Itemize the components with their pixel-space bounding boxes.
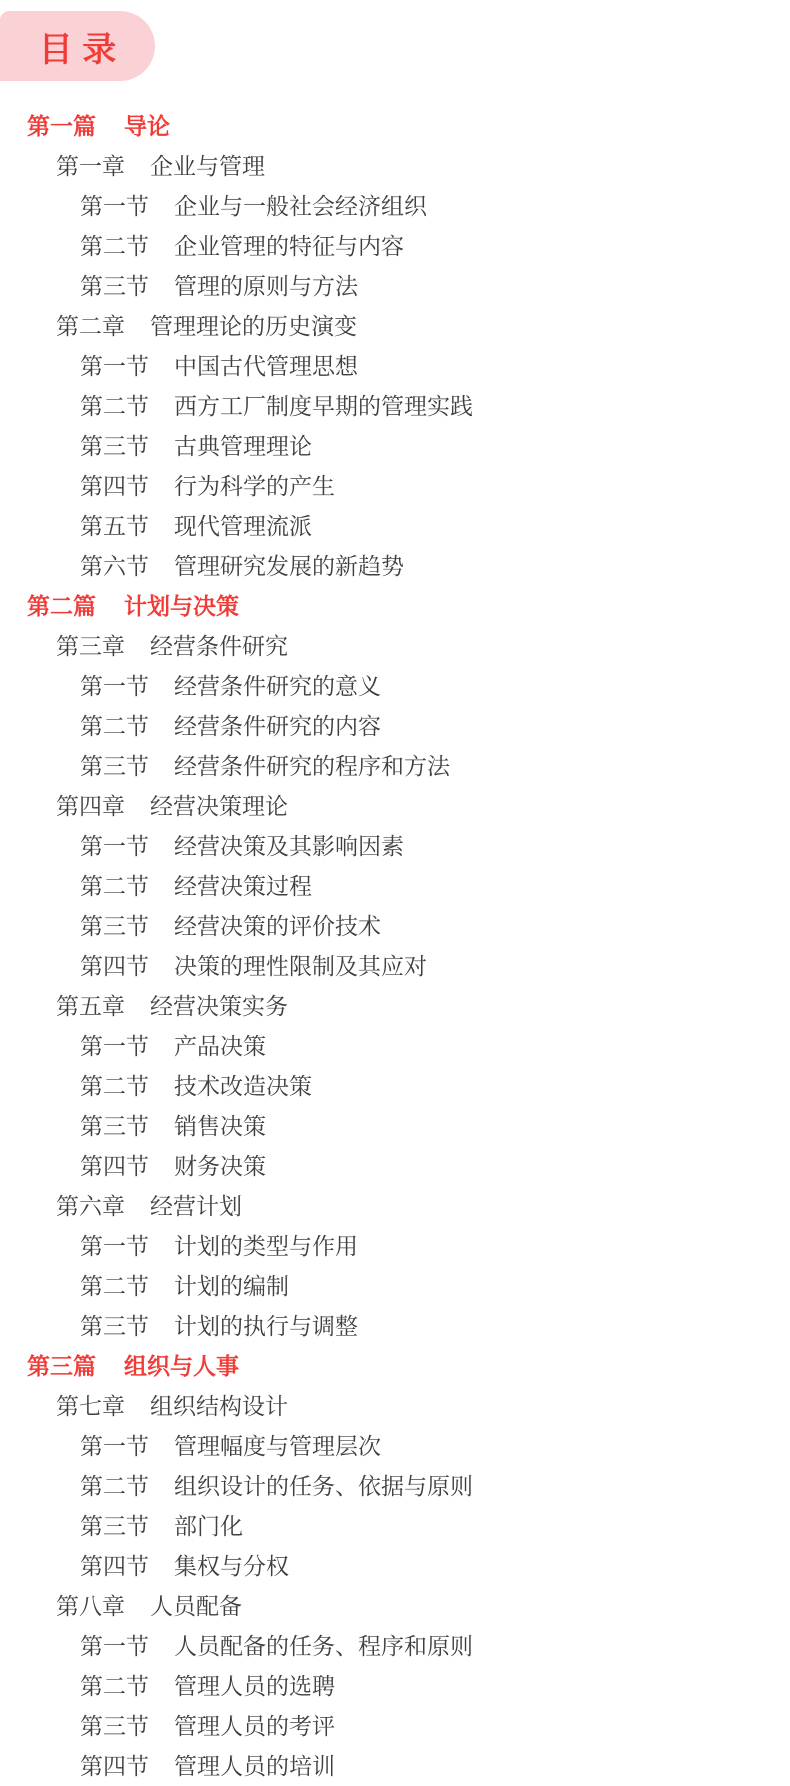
toc-row-section[interactable]: 第三节经营条件研究的程序和方法 [0,746,790,786]
toc-entry-label: 第二节 [80,1066,149,1106]
toc-entry-label: 第二节 [80,1466,149,1506]
toc-entry-title: 管理的原则与方法 [174,266,358,306]
toc-row-section[interactable]: 第一节人员配备的任务、程序和原则 [0,1626,790,1666]
toc-entry-label: 第八章 [56,1586,125,1626]
toc-entry-title: 管理理论的历史演变 [150,306,357,346]
toc-row-chapter[interactable]: 第二章管理理论的历史演变 [0,306,790,346]
toc-entry-title: 人员配备 [150,1586,242,1626]
toc-entry-title: 经营决策及其影响因素 [174,826,404,866]
toc-entry-label: 第五章 [56,986,125,1026]
toc-header-title: 目 录 [39,22,116,71]
toc-entry-label: 第三节 [80,906,149,946]
toc-entry-title: 经营条件研究的意义 [174,666,381,706]
toc-entry-label: 第三节 [80,746,149,786]
toc-entry-title: 管理人员的考评 [174,1706,335,1746]
toc-entry-label: 第三节 [80,1706,149,1746]
toc-entry-label: 第二节 [80,1266,149,1306]
toc-row-chapter[interactable]: 第八章人员配备 [0,1586,790,1626]
toc-row-chapter[interactable]: 第六章经营计划 [0,1186,790,1226]
toc-row-section[interactable]: 第四节行为科学的产生 [0,466,790,506]
toc-row-part[interactable]: 第二篇计划与决策 [0,586,790,626]
toc-entry-title: 计划的编制 [174,1266,289,1306]
toc-entry-label: 第一章 [56,146,125,186]
toc-entry-title: 经营条件研究的内容 [174,706,381,746]
toc-entry-title: 销售决策 [174,1106,266,1146]
toc-entry-label: 第二节 [80,706,149,746]
toc-entry-title: 古典管理理论 [174,426,312,466]
toc-row-section[interactable]: 第三节销售决策 [0,1106,790,1146]
toc-row-section[interactable]: 第一节经营条件研究的意义 [0,666,790,706]
toc-row-section[interactable]: 第三节管理的原则与方法 [0,266,790,306]
toc-entry-title: 经营计划 [150,1186,242,1226]
toc-row-section[interactable]: 第二节经营决策过程 [0,866,790,906]
toc-row-chapter[interactable]: 第四章经营决策理论 [0,786,790,826]
toc-entry-title: 组织结构设计 [150,1386,288,1426]
toc-row-section[interactable]: 第四节财务决策 [0,1146,790,1186]
toc-row-section[interactable]: 第一节计划的类型与作用 [0,1226,790,1266]
toc-entry-title: 导论 [124,106,170,146]
toc-entry-title: 企业与一般社会经济组织 [174,186,427,226]
toc-row-chapter[interactable]: 第一章企业与管理 [0,146,790,186]
toc-entry-label: 第二节 [80,226,149,266]
toc-entry-label: 第二节 [80,386,149,426]
toc-row-section[interactable]: 第二节管理人员的选聘 [0,1666,790,1706]
toc-entry-title: 管理人员的选聘 [174,1666,335,1706]
toc-entry-title: 人员配备的任务、程序和原则 [174,1626,473,1666]
toc-entry-title: 计划与决策 [124,586,239,626]
toc-entry-title: 管理人员的培训 [174,1746,335,1786]
toc-entry-label: 第四节 [80,1146,149,1186]
toc-entry-label: 第二节 [80,1666,149,1706]
toc-entry-label: 第一节 [80,826,149,866]
toc-entry-label: 第四章 [56,786,125,826]
toc-entry-title: 中国古代管理思想 [174,346,358,386]
toc-entry-label: 第三节 [80,1106,149,1146]
toc-row-section[interactable]: 第一节企业与一般社会经济组织 [0,186,790,226]
toc-entry-label: 第三节 [80,266,149,306]
toc-row-chapter[interactable]: 第三章经营条件研究 [0,626,790,666]
toc-entry-title: 计划的执行与调整 [174,1306,358,1346]
toc-entry-title: 经营决策实务 [150,986,288,1026]
toc-row-section[interactable]: 第二节企业管理的特征与内容 [0,226,790,266]
toc-entry-title: 行为科学的产生 [174,466,335,506]
toc-entry-label: 第五节 [80,506,149,546]
toc-row-chapter[interactable]: 第七章组织结构设计 [0,1386,790,1426]
toc-row-part[interactable]: 第三篇组织与人事 [0,1346,790,1386]
toc-entry-title: 产品决策 [174,1026,266,1066]
toc-entry-title: 组织设计的任务、依据与原则 [174,1466,473,1506]
toc-row-section[interactable]: 第三节古典管理理论 [0,426,790,466]
toc-entry-title: 管理研究发展的新趋势 [174,546,404,586]
toc-entry-title: 经营决策的评价技术 [174,906,381,946]
toc-entry-label: 第一节 [80,1426,149,1466]
toc-entry-title: 集权与分权 [174,1546,289,1586]
toc-entry-title: 计划的类型与作用 [174,1226,358,1266]
toc-row-section[interactable]: 第一节产品决策 [0,1026,790,1066]
toc-entry-label: 第四节 [80,1746,149,1786]
toc-entry-label: 第四节 [80,946,149,986]
toc-row-section[interactable]: 第一节经营决策及其影响因素 [0,826,790,866]
toc-row-section[interactable]: 第二节技术改造决策 [0,1066,790,1106]
toc-row-section[interactable]: 第五节现代管理流派 [0,506,790,546]
toc-entry-title: 部门化 [174,1506,243,1546]
toc-entry-title: 企业与管理 [150,146,265,186]
toc-entry-label: 第六章 [56,1186,125,1226]
toc-entry-label: 第一节 [80,1026,149,1066]
toc-row-section[interactable]: 第二节计划的编制 [0,1266,790,1306]
toc-header-badge: 目 录 [0,11,155,81]
toc-entry-label: 第一节 [80,186,149,226]
toc-row-section[interactable]: 第四节决策的理性限制及其应对 [0,946,790,986]
toc-row-section[interactable]: 第二节经营条件研究的内容 [0,706,790,746]
toc-entry-label: 第六节 [80,546,149,586]
toc-entry-label: 第一节 [80,346,149,386]
toc-entry-label: 第一节 [80,666,149,706]
toc-page: 目 录 第一篇导论第一章企业与管理第一节企业与一般社会经济组织第二节企业管理的特… [0,0,790,1786]
toc-entry-title: 决策的理性限制及其应对 [174,946,427,986]
toc-entry-label: 第一节 [80,1226,149,1266]
toc-entry-title: 组织与人事 [124,1346,239,1386]
toc-entry-label: 第二节 [80,866,149,906]
toc-list: 第一篇导论第一章企业与管理第一节企业与一般社会经济组织第二节企业管理的特征与内容… [0,106,790,1786]
toc-entry-label: 第二章 [56,306,125,346]
toc-row-section[interactable]: 第三节经营决策的评价技术 [0,906,790,946]
toc-entry-title: 现代管理流派 [174,506,312,546]
toc-row-section[interactable]: 第三节管理人员的考评 [0,1706,790,1746]
toc-entry-label: 第一篇 [27,106,96,146]
toc-entry-label: 第三节 [80,1506,149,1546]
toc-row-section[interactable]: 第二节西方工厂制度早期的管理实践 [0,386,790,426]
toc-entry-title: 企业管理的特征与内容 [174,226,404,266]
toc-entry-label: 第四节 [80,1546,149,1586]
toc-row-section[interactable]: 第四节管理人员的培训 [0,1746,790,1786]
toc-row-part[interactable]: 第一篇导论 [0,106,790,146]
toc-entry-label: 第三节 [80,426,149,466]
toc-entry-label: 第七章 [56,1386,125,1426]
toc-row-section[interactable]: 第一节中国古代管理思想 [0,346,790,386]
toc-row-section[interactable]: 第一节管理幅度与管理层次 [0,1426,790,1466]
toc-entry-label: 第三篇 [27,1346,96,1386]
toc-row-section[interactable]: 第三节部门化 [0,1506,790,1546]
toc-entry-title: 经营决策过程 [174,866,312,906]
toc-entry-title: 西方工厂制度早期的管理实践 [174,386,473,426]
toc-entry-label: 第三章 [56,626,125,666]
toc-entry-title: 经营条件研究的程序和方法 [174,746,450,786]
toc-entry-label: 第四节 [80,466,149,506]
toc-row-section[interactable]: 第三节计划的执行与调整 [0,1306,790,1346]
toc-row-section[interactable]: 第二节组织设计的任务、依据与原则 [0,1466,790,1506]
toc-entry-title: 经营条件研究 [150,626,288,666]
toc-entry-title: 经营决策理论 [150,786,288,826]
toc-entry-label: 第二篇 [27,586,96,626]
toc-row-section[interactable]: 第四节集权与分权 [0,1546,790,1586]
toc-row-chapter[interactable]: 第五章经营决策实务 [0,986,790,1026]
toc-entry-title: 技术改造决策 [174,1066,312,1106]
toc-row-section[interactable]: 第六节管理研究发展的新趋势 [0,546,790,586]
toc-entry-label: 第三节 [80,1306,149,1346]
toc-entry-title: 管理幅度与管理层次 [174,1426,381,1466]
toc-entry-title: 财务决策 [174,1146,266,1186]
toc-entry-label: 第一节 [80,1626,149,1666]
